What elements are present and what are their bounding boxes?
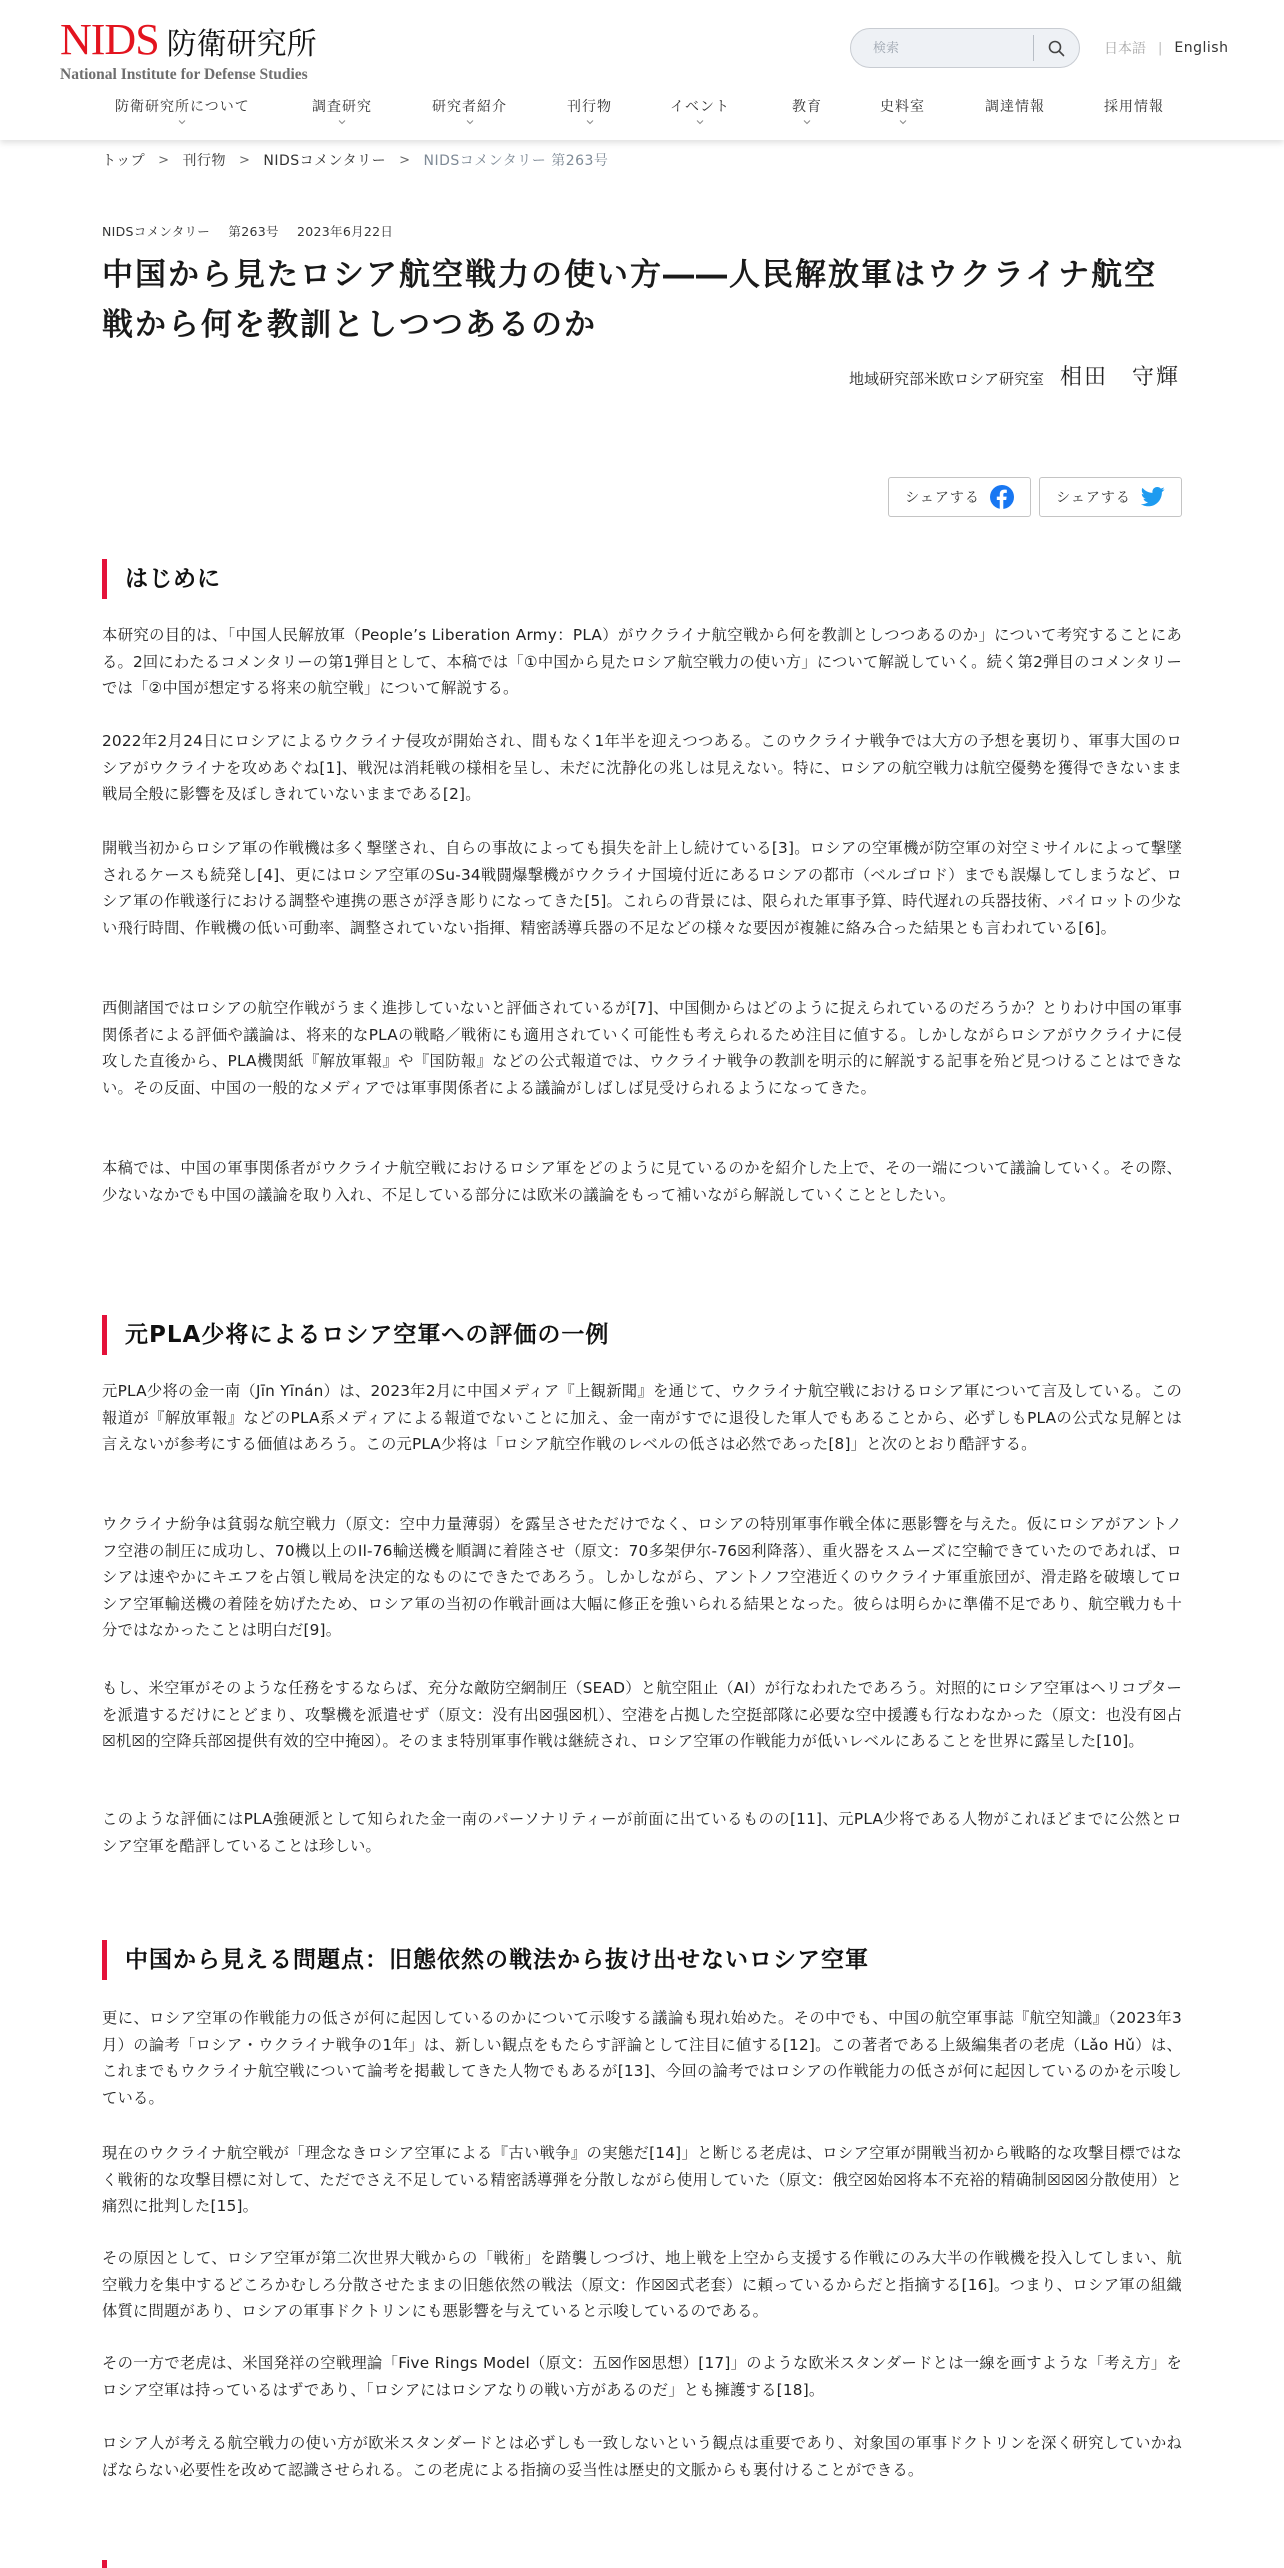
chevron-down-icon — [696, 118, 704, 126]
chevron-down-icon — [338, 118, 346, 126]
breadcrumb-nids-commentary[interactable]: NIDSコメンタリー — [263, 150, 386, 170]
paragraph: ウクライナ紛争は貧弱な航空戦力（原文：空中力量薄弱）を露呈させただけでなく、ロシ… — [102, 1511, 1182, 1644]
nids-logo[interactable]: NIDS 防衛研究所 National Institute for Defens… — [60, 18, 360, 84]
nav-item-procurement[interactable]: 調達情報 — [985, 96, 1045, 116]
nav-item-researchers[interactable]: 研究者紹介 — [432, 96, 507, 126]
breadcrumb-separator-icon: > — [399, 153, 410, 168]
paragraph: 元PLA少将の金一南（Jīn Yīnán）は、2023年2月に中国メディア『上観… — [102, 1378, 1182, 1458]
article-title: 中国から見たロシア航空戦力の使い方――人民解放軍はウクライナ航空戦から何を教訓と… — [102, 250, 1182, 350]
facebook-icon — [990, 485, 1014, 509]
nav-item-label: 採用情報 — [1104, 99, 1164, 115]
lang-separator: | — [1158, 41, 1162, 56]
twitter-bird-icon — [1141, 487, 1165, 507]
chevron-down-icon — [803, 118, 811, 126]
chevron-down-icon — [899, 118, 907, 126]
chevron-down-icon — [178, 118, 186, 126]
share-label: シェアする — [1056, 487, 1131, 507]
next-section-heading-bar — [102, 2560, 107, 2568]
nav-item-publications[interactable]: 刊行物 — [567, 96, 612, 126]
section-heading-evaluation: 元PLA少将によるロシア空軍への評価の一例 — [102, 1315, 609, 1355]
nav-item-events[interactable]: イベント — [670, 96, 730, 126]
article-author: 地域研究部米欧ロシア研究室 相田 守輝 — [102, 360, 1182, 391]
chevron-down-icon — [466, 118, 474, 126]
breadcrumb-separator-icon: > — [158, 153, 169, 168]
nav-item-recruitment[interactable]: 採用情報 — [1104, 96, 1164, 116]
paragraph: 西側諸国ではロシアの航空作戦がうまく進捗していないと評価されているが[7]、中国… — [102, 995, 1182, 1101]
search-icon — [1048, 40, 1065, 57]
article-date: 2023年6月22日 — [297, 224, 393, 239]
paragraph: その原因として、ロシア空軍が第二次世界大戦からの「戦術」を踏襲しつづけ、地上戦を… — [102, 2245, 1182, 2325]
article-series: NIDSコメンタリー — [102, 224, 210, 239]
paragraph: その一方で老虎は、米国発祥の空戦理論「Five Rings Model（原文：五… — [102, 2350, 1182, 2403]
author-name: 相田 守輝 — [1060, 360, 1180, 391]
share-facebook-button[interactable]: シェアする — [888, 477, 1031, 517]
nav-item-label: 教育 — [792, 99, 822, 115]
nav-item-research[interactable]: 調査研究 — [312, 96, 372, 126]
logo-nids-text: NIDS — [60, 18, 159, 62]
nav-item-label: 史料室 — [880, 99, 925, 115]
nav-item-archives[interactable]: 史料室 — [880, 96, 925, 126]
section-heading-introduction: はじめに — [102, 559, 221, 599]
nav-item-about[interactable]: 防衛研究所について — [115, 96, 250, 126]
logo-japanese-name: 防衛研究所 — [167, 25, 317, 65]
search-input[interactable] — [851, 41, 1033, 56]
paragraph: 現在のウクライナ航空戦が「理念なきロシア空軍による『古い戦争』の実態だ[14]」… — [102, 2140, 1182, 2220]
article-meta: NIDSコメンタリー 第263号 2023年6月22日 — [102, 222, 1182, 240]
paragraph: もし、米空軍がそのような任務をするならば、充分な敵防空網制圧（SEAD）と航空阻… — [102, 1675, 1182, 1755]
breadcrumb-publications[interactable]: 刊行物 — [183, 150, 227, 170]
breadcrumb-top[interactable]: トップ — [102, 150, 145, 170]
search-button[interactable] — [1034, 29, 1079, 67]
article-issue: 第263号 — [228, 224, 278, 239]
paragraph: 更に、ロシア空軍の作戦能力の低さが何に起因しているのかについて示唆する議論も現れ… — [102, 2005, 1182, 2111]
nav-item-label: 防衛研究所について — [115, 99, 250, 115]
breadcrumb-current: NIDSコメンタリー 第263号 — [424, 150, 609, 170]
paragraph: 2022年2月24日にロシアによるウクライナ侵攻が開始され、間もなく1年半を迎え… — [102, 728, 1182, 808]
author-department: 地域研究部米欧ロシア研究室 — [849, 368, 1044, 389]
site-header: NIDS 防衛研究所 National Institute for Defens… — [0, 0, 1284, 140]
breadcrumb-separator-icon: > — [239, 153, 250, 168]
nav-item-label: イベント — [670, 99, 730, 115]
paragraph: このような評価にはPLA強硬派として知られた金一南のパーソナリティーが前面に出て… — [102, 1806, 1182, 1859]
logo-english-name: National Institute for Defense Studies — [60, 66, 360, 84]
nav-item-label: 調達情報 — [985, 99, 1045, 115]
nav-item-label: 研究者紹介 — [432, 99, 507, 115]
share-twitter-button[interactable]: シェアする — [1039, 477, 1182, 517]
paragraph: 本稿では、中国の軍事関係者がウクライナ航空戦におけるロシア軍をどのように見ている… — [102, 1155, 1182, 1208]
breadcrumb: トップ > 刊行物 > NIDSコメンタリー > NIDSコメンタリー 第263… — [102, 150, 608, 170]
section-heading-problems: 中国から見える問題点：旧態依然の戦法から抜け出せないロシア空軍 — [102, 1940, 869, 1980]
nav-item-label: 調査研究 — [312, 99, 372, 115]
lang-japanese-link[interactable]: 日本語 — [1104, 38, 1146, 58]
lang-english-link[interactable]: English — [1174, 40, 1228, 56]
main-nav: 防衛研究所について 調査研究 研究者紹介 刊行物 イベント 教育 史料室 調達 — [0, 96, 1284, 136]
paragraph: ロシア人が考える航空戦力の使い方が欧米スタンダードとは必ずしも一致しないという観… — [102, 2430, 1182, 2483]
nav-item-education[interactable]: 教育 — [792, 96, 822, 126]
chevron-down-icon — [586, 118, 594, 126]
paragraph: 本研究の目的は、「中国人民解放軍（People’s Liberation Arm… — [102, 622, 1182, 702]
share-buttons: シェアする シェアする — [888, 477, 1182, 517]
nav-item-label: 刊行物 — [567, 99, 612, 115]
article-header: NIDSコメンタリー 第263号 2023年6月22日 中国から見たロシア航空戦… — [102, 222, 1182, 391]
search-box — [850, 28, 1080, 68]
paragraph: 開戦当初からロシア軍の作戦機は多く撃墜され、自らの事故によっても損失を計上し続け… — [102, 835, 1182, 941]
language-switcher: 日本語 | English — [1104, 38, 1228, 58]
share-label: シェアする — [905, 487, 980, 507]
